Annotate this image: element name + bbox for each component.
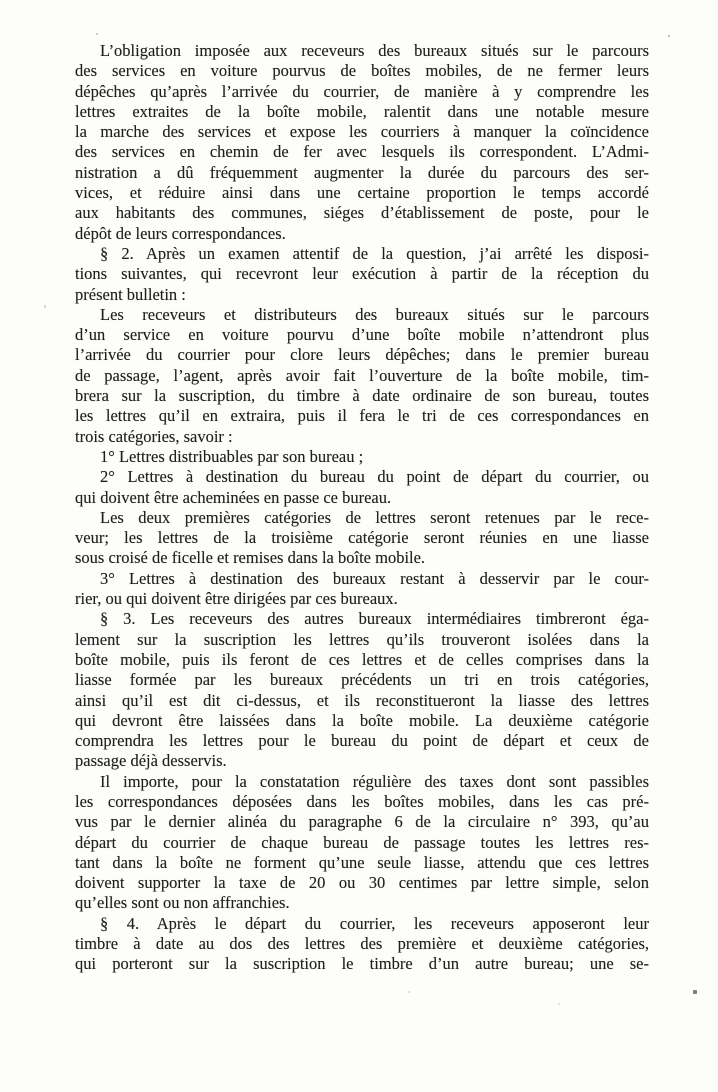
text-line: 3° Lettres à destination des bureaux res…: [75, 569, 649, 589]
text-line: qu’elles sont ou non affranchies.: [75, 893, 649, 913]
text-line: l’arrivée du courrier pour clore leurs d…: [75, 345, 649, 365]
text-line: qui devront être laissées dans la boîte …: [75, 711, 649, 731]
text-line: 2° Lettres à destination du bureau du po…: [75, 467, 649, 487]
text-line: de passage, l’agent, après avoir fait l’…: [75, 366, 649, 386]
text-line: lement sur la suscription les lettres qu…: [75, 630, 649, 650]
text-line: L’obligation imposée aux receveurs des b…: [75, 41, 649, 61]
text-line: dépôt de leurs correspondances.: [75, 224, 649, 244]
text-line: rier, ou qui doivent être dirigées par c…: [75, 589, 649, 609]
text-line: nistration a dû fréquemment augmenter la…: [75, 163, 649, 183]
text-line: veur; les lettres de la troisième catégo…: [75, 528, 649, 548]
scan-speck: [408, 991, 410, 993]
text-line: trois catégories, savoir :: [75, 427, 649, 447]
text-line: § 4. Après le départ du courrier, les re…: [75, 914, 649, 934]
text-line: passage déjà desservis.: [75, 751, 649, 771]
text-line: aux habitants des communes, siéges d’éta…: [75, 203, 649, 223]
text-line: lettres extraites de la boîte mobile, ra…: [75, 102, 649, 122]
text-line: ainsi qu’il est dit ci-dessus, et ils re…: [75, 691, 649, 711]
text-line: qui doivent être acheminées en passe ce …: [75, 488, 649, 508]
text-line: tions suivantes, qui recevront leur exéc…: [75, 264, 649, 284]
text-line: départ du courrier de chaque bureau de p…: [75, 833, 649, 853]
document-page: L’obligation imposée aux receveurs des b…: [0, 0, 718, 1092]
text-line: la marche des services et expose les cou…: [75, 122, 649, 142]
text-line: tant dans la boîte ne forment qu’une seu…: [75, 853, 649, 873]
text-line: présent bulletin :: [75, 285, 649, 305]
text-line: doivent supporter la taxe de 20 ou 30 ce…: [75, 873, 649, 893]
text-line: timbre à date au dos des lettres des pre…: [75, 934, 649, 954]
text-line: les correspondances déposées dans les bo…: [75, 792, 649, 812]
text-line: 1° Lettres distribuables par son bureau …: [75, 447, 649, 467]
text-line: sous croisé de ficelle et remises dans l…: [75, 548, 649, 568]
text-line: les lettres qu’il en extraira, puis il f…: [75, 406, 649, 426]
text-line: vus par le dernier alinéa du paragraphe …: [75, 812, 649, 832]
text-line: Les deux premières catégories de lettres…: [75, 508, 649, 528]
text-line: liasse formée par les bureaux précédents…: [75, 670, 649, 690]
text-line: Il importe, pour la constatation réguliè…: [75, 772, 649, 792]
text-line: dépêches qu’après l’arrivée du courrier,…: [75, 82, 649, 102]
scan-speck: [96, 33, 98, 35]
text-line: comprendra les lettres pour le bureau du…: [75, 731, 649, 751]
text-line: d’un service en voiture pourvu d’une boî…: [75, 325, 649, 345]
text-line: Les receveurs et distributeurs des burea…: [75, 305, 649, 325]
scan-speck: [693, 990, 697, 994]
scan-speck: [668, 35, 670, 37]
text-line: des services en chemin de fer avec lesqu…: [75, 142, 649, 162]
scan-speck: [44, 305, 46, 308]
text-block: L’obligation imposée aux receveurs des b…: [75, 41, 649, 975]
text-line: boîte mobile, puis ils feront de ces let…: [75, 650, 649, 670]
text-line: des services en voiture pourvus de boîte…: [75, 61, 649, 81]
text-line: brera sur la suscription, du timbre à da…: [75, 386, 649, 406]
text-line: qui porteront sur la suscription le timb…: [75, 954, 649, 974]
text-line: § 2. Après un examen attentif de la ques…: [75, 244, 649, 264]
scan-speck: [558, 1003, 560, 1005]
text-line: vices, et réduire ainsi dans une certain…: [75, 183, 649, 203]
text-line: § 3. Les receveurs des autres bureaux in…: [75, 609, 649, 629]
